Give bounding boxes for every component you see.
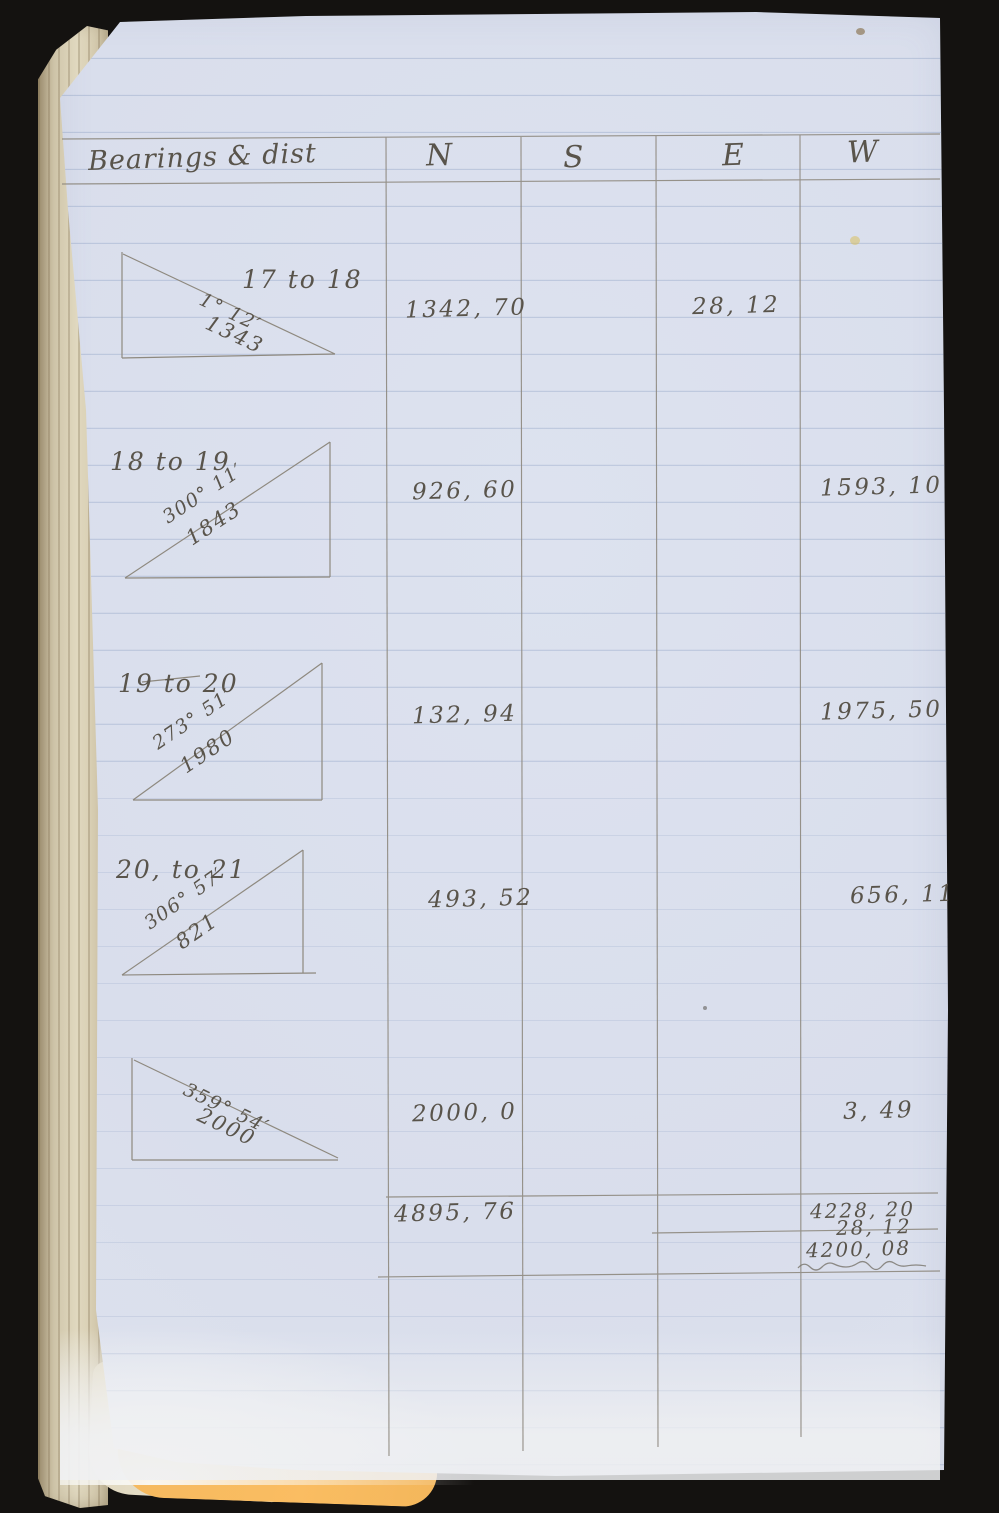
triangle-diagram-5: 359° 54′ 2000: [108, 1048, 358, 1173]
triangle-diagram-19-20: 19 to 20 273° 51′ 1980: [100, 650, 350, 810]
triangle-diagram-17-18: 17 to 18 1° 12′ 1343: [108, 242, 408, 372]
course-label: 17 to 18: [242, 265, 363, 294]
course-label: 18 to 19: [110, 447, 231, 476]
triangle-diagram-20-21: 20, to 21 306° 57′ 821: [100, 838, 335, 988]
triangle-diagram-18-19: 18 to 19 300° 11′ 1843: [100, 432, 360, 587]
scanned-page-photo: Bearings & dist N S E W 17 to 18 1° 12′ …: [0, 0, 999, 1513]
